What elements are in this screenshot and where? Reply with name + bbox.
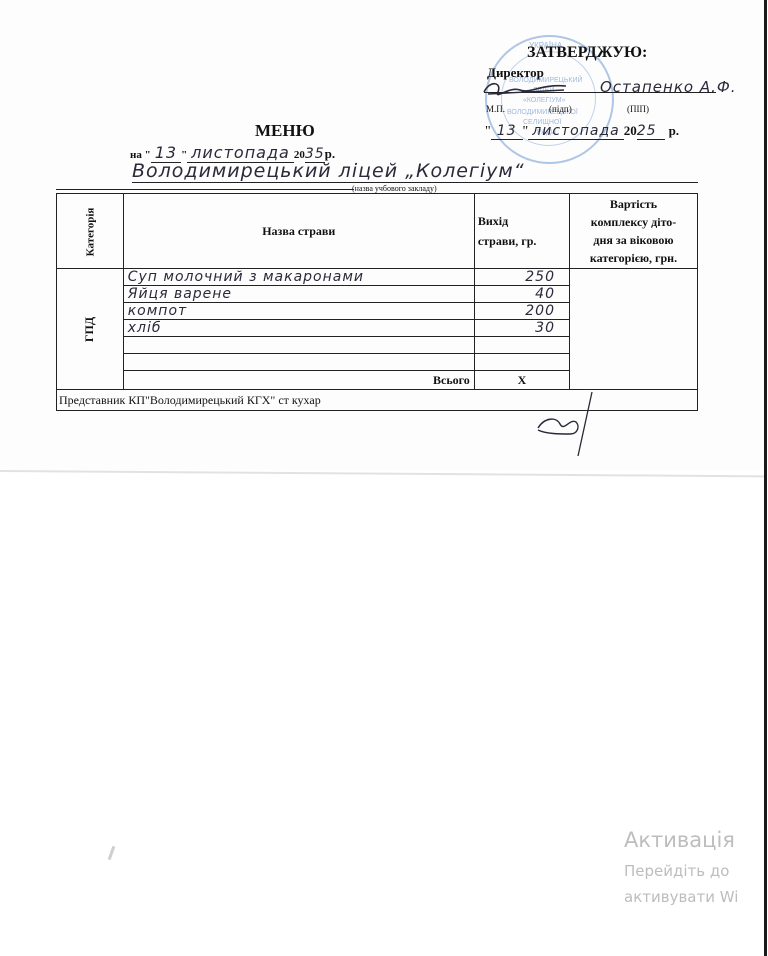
dish-output: 250 xyxy=(474,269,569,286)
total-value: X xyxy=(474,371,569,390)
header-category: Категорія xyxy=(57,194,124,269)
mp-label: М.П. xyxy=(486,104,505,114)
header-cost-line: Вартість xyxy=(570,195,697,213)
dish-output: 200 xyxy=(474,303,569,320)
total-label: Всього xyxy=(123,371,474,390)
dish-output: 30 xyxy=(474,320,569,337)
category-label: ГПД xyxy=(82,316,97,341)
header-output-line1: Вихід xyxy=(478,211,569,231)
institution-name: Володимирецький ліцей „Колегіум“ xyxy=(132,160,698,183)
table-header-row: Категорія Назва страви Вихід страви, гр.… xyxy=(57,194,698,269)
representative-row: Представник КП"Володимирецький КГХ" ст к… xyxy=(57,390,698,411)
header-category-label: Категорія xyxy=(84,207,96,256)
year-suffix: р. xyxy=(669,123,679,138)
activation-watermark-line: Перейдіть до xyxy=(624,862,729,880)
sign-caption: (підп) xyxy=(549,104,572,114)
year-suffix: р. xyxy=(325,146,335,161)
institution-caption: (назва учбового закладу) xyxy=(352,184,437,193)
header-cost-line: дня за віковою xyxy=(570,231,697,249)
director-signature-icon xyxy=(480,78,570,100)
header-rule-left xyxy=(56,189,354,190)
representative-text: Представник КП"Володимирецький КГХ" ст к… xyxy=(57,390,698,411)
header-dish-name: Назва страви xyxy=(123,194,474,269)
header-output-line2: страви, гр. xyxy=(478,231,569,251)
dish-name xyxy=(123,337,474,354)
activation-watermark-title: Активація xyxy=(624,828,735,852)
dish-output xyxy=(474,337,569,354)
cost-cell xyxy=(570,269,698,390)
date-quote: " xyxy=(485,124,491,139)
dish-name: Суп молочний з макаронами xyxy=(123,269,474,286)
dish-output: 40 xyxy=(474,286,569,303)
menu-table: Категорія Назва страви Вихід страви, гр.… xyxy=(56,193,698,411)
dish-name: компот xyxy=(123,303,474,320)
cook-signature-icon xyxy=(530,390,600,460)
scan-speck xyxy=(108,846,116,860)
approval-title: ЗАТВЕРДЖУЮ: xyxy=(527,44,647,62)
dish-name: хліб xyxy=(123,320,474,337)
header-cost-line: комплексу діто- xyxy=(570,213,697,231)
header-output: Вихід страви, гр. xyxy=(474,194,569,269)
approval-date-year: 25 xyxy=(637,123,665,140)
director-name-handwritten: Остапенко А.Ф. xyxy=(600,78,737,96)
approval-date-day: 13 xyxy=(491,123,523,140)
pib-caption: (ПІП) xyxy=(627,104,649,114)
dish-name: Яйця варене xyxy=(123,286,474,303)
header-cost-line: категорією, грн. xyxy=(570,249,697,267)
year-prefix: 20 xyxy=(624,123,637,138)
approval-date-month: листопада xyxy=(528,123,623,140)
dish-output xyxy=(474,354,569,371)
dish-name xyxy=(123,354,474,371)
activation-watermark-line: активувати Wi xyxy=(624,888,738,906)
header-cost: Вартість комплексу діто- дня за віковою … xyxy=(570,194,698,269)
table-row: ГПД Суп молочний з макаронами 250 xyxy=(57,269,698,286)
category-cell: ГПД xyxy=(57,269,124,390)
approval-date: "13"листопада2025р. xyxy=(485,123,679,140)
window-border xyxy=(764,0,767,956)
menu-title: МЕНЮ xyxy=(255,121,315,141)
page-edge-line xyxy=(0,470,764,477)
